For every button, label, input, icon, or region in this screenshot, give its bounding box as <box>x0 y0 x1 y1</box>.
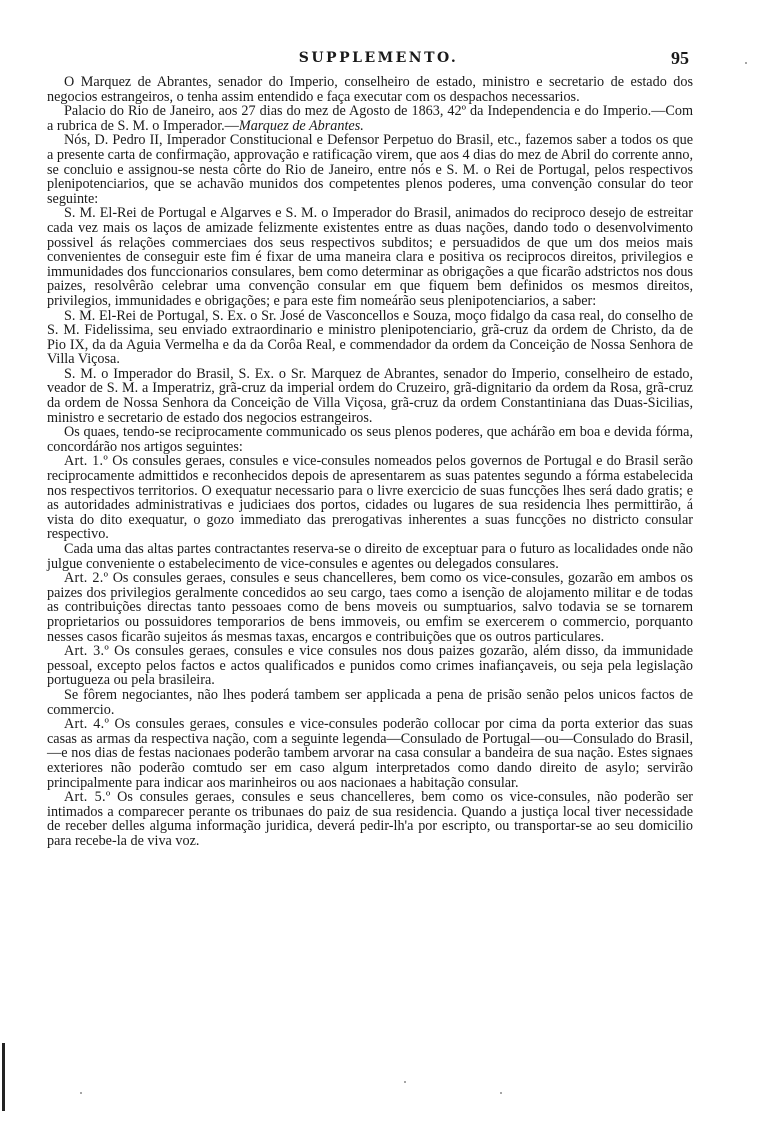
paragraph-text: Os consules geraes, consules e seus chan… <box>47 570 693 644</box>
document-body: O Marquez de Abrantes, senador do Imperi… <box>47 75 693 848</box>
paragraph-text: Os consules geraes, consules e vice-cons… <box>47 716 693 790</box>
article-3: Art. 3.º Os consules geraes, consules e … <box>47 644 693 688</box>
article-5: Art. 5.º Os consules geraes, consules e … <box>47 790 693 848</box>
paragraph-text: Se fôrem negociantes, não lhes poderá ta… <box>47 687 693 718</box>
article-number: Art. 4.º <box>64 716 109 732</box>
scan-speck <box>745 62 747 64</box>
document-page: SUPPLEMENTO. 95 O Marquez de Abrantes, s… <box>0 0 757 1137</box>
paragraph-text: Os consules geraes, consules e seus chan… <box>47 789 693 849</box>
article-number: Art. 3.º <box>64 643 109 659</box>
paragraph-text: S. M. El-Rei de Portugal e Algarves e S.… <box>47 205 693 309</box>
paragraph-text: S. M. El-Rei de Portugal, S. Ex. o Sr. J… <box>47 308 693 368</box>
article-number: Art. 2.º <box>64 570 108 586</box>
page-number: 95 <box>671 48 689 69</box>
article-1: Art. 1.º Os consules geraes, consules e … <box>47 454 693 542</box>
article-number: Art. 1.º <box>64 453 108 469</box>
paragraph-text: S. M. o Imperador do Brasil, S. Ex. o Sr… <box>47 366 693 426</box>
paragraph-preamble: S. M. El-Rei de Portugal e Algarves e S.… <box>47 206 693 308</box>
paragraph-text: O Marquez de Abrantes, senador do Imperi… <box>47 74 693 105</box>
signature: Marquez de Abrantes. <box>239 118 364 134</box>
page-header: SUPPLEMENTO. 95 <box>0 50 757 74</box>
scan-speck <box>404 1081 406 1083</box>
paragraph-merchants: Se fôrem negociantes, não lhes poderá ta… <box>47 688 693 717</box>
article-2: Art. 2.º Os consules geraes, consules e … <box>47 571 693 644</box>
scan-speck <box>80 1092 82 1094</box>
article-number: Art. 5.º <box>64 789 111 805</box>
paragraph-text: Os quaes, tendo-se reciprocamente commun… <box>47 424 693 455</box>
paragraph-text: Os consules geraes, consules e vice cons… <box>47 643 693 688</box>
paragraph-closing-order: O Marquez de Abrantes, senador do Imperi… <box>47 75 693 104</box>
paragraph-text: Os consules geraes, consules e vice-cons… <box>47 453 693 542</box>
paragraph-text: Palacio do Rio de Janeiro, aos 27 dias d… <box>47 103 693 134</box>
article-4: Art. 4.º Os consules geraes, consules e … <box>47 717 693 790</box>
running-title: SUPPLEMENTO. <box>0 50 757 66</box>
scan-speck <box>500 1092 502 1094</box>
paragraph-text: Nós, D. Pedro II, Imperador Constitucion… <box>47 132 693 206</box>
paragraph-palace-date: Palacio do Rio de Janeiro, aos 27 dias d… <box>47 104 693 133</box>
scan-margin-bar <box>2 1043 5 1111</box>
paragraph-exceptions: Cada uma das altas partes contractantes … <box>47 542 693 571</box>
paragraph-agreement: Os quaes, tendo-se reciprocamente commun… <box>47 425 693 454</box>
paragraph-ratification: Nós, D. Pedro II, Imperador Constitucion… <box>47 133 693 206</box>
paragraph-brazil-plenipotentiary: S. M. o Imperador do Brasil, S. Ex. o Sr… <box>47 367 693 425</box>
paragraph-portugal-plenipotentiary: S. M. El-Rei de Portugal, S. Ex. o Sr. J… <box>47 309 693 367</box>
paragraph-text: Cada uma das altas partes contractantes … <box>47 541 693 572</box>
